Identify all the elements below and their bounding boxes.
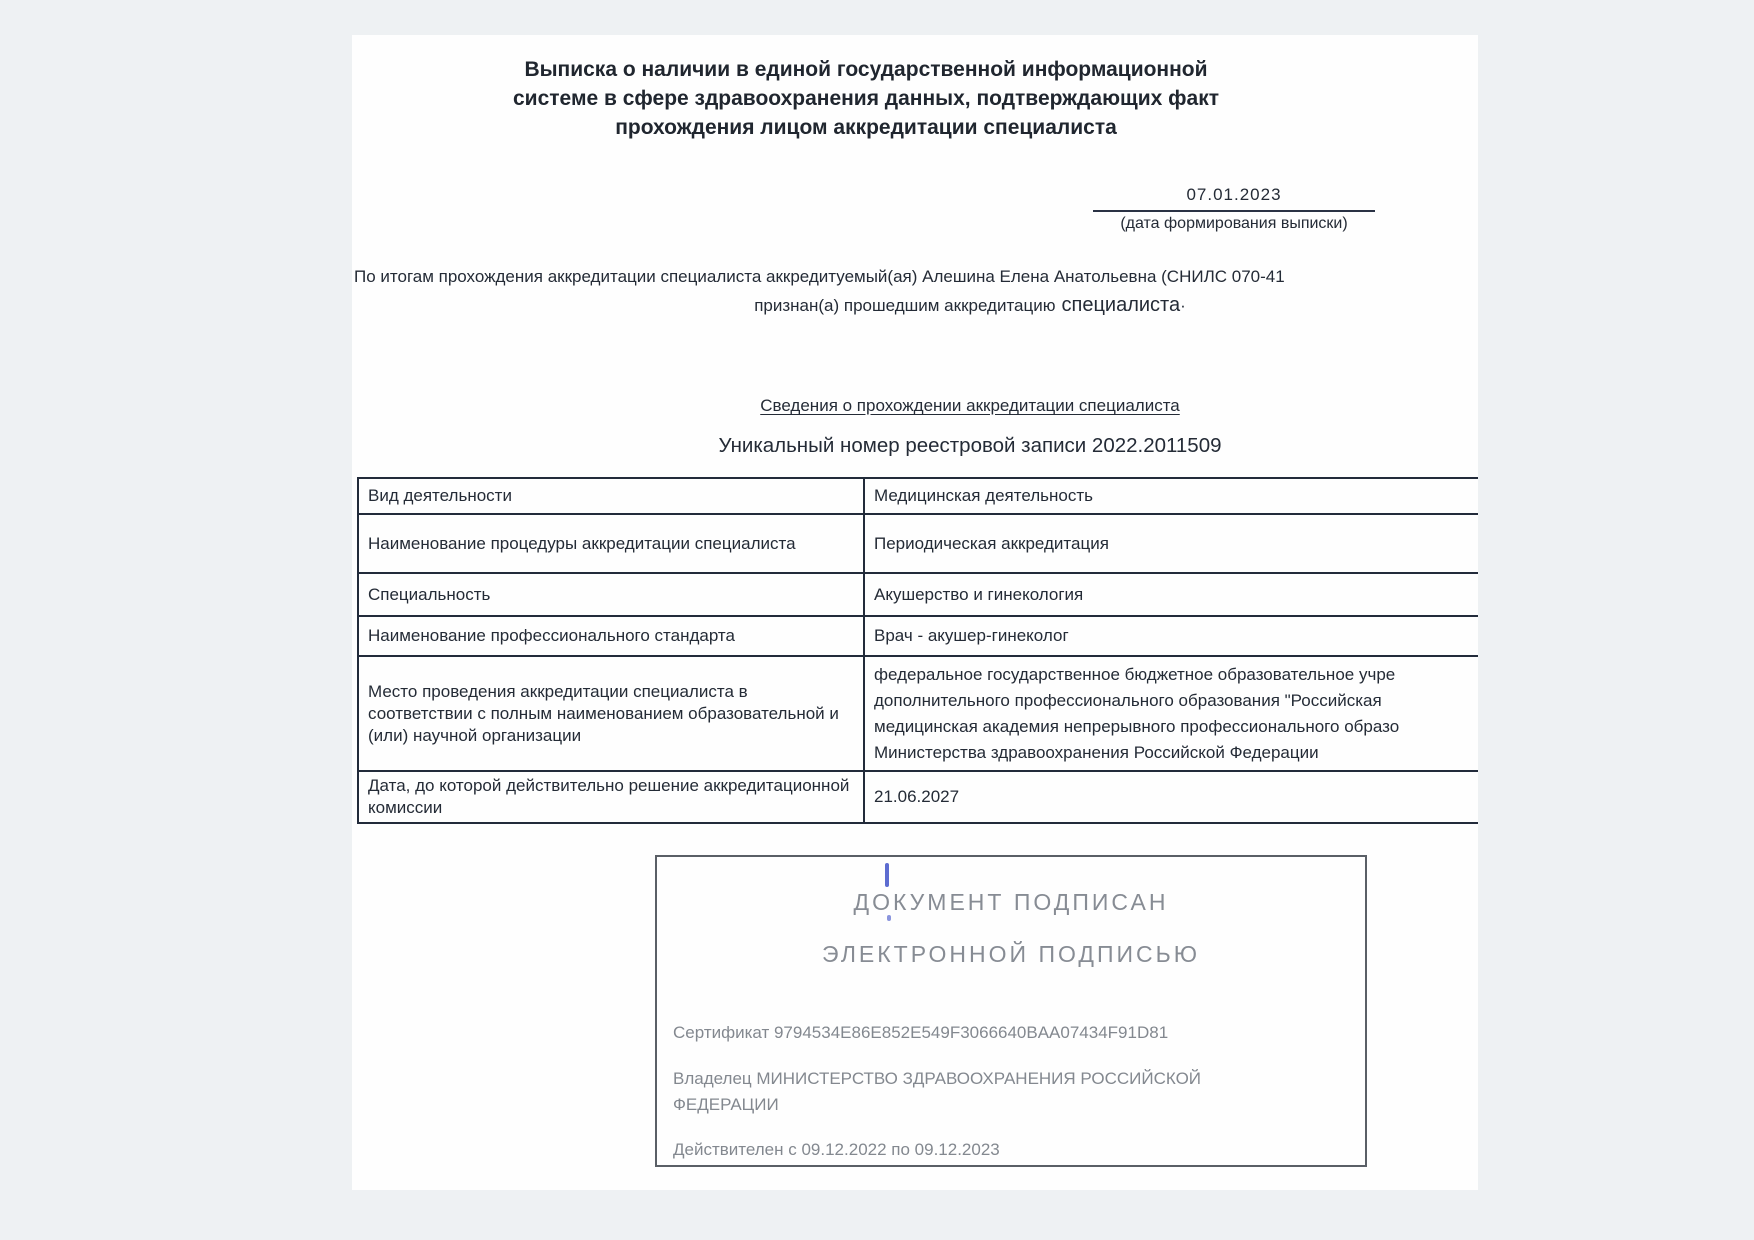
document-page: Выписка о наличии в единой государственн… bbox=[352, 35, 1478, 1190]
field-value-cell: 21.06.2027 bbox=[864, 771, 1478, 823]
field-label-cell: Дата, до которой действительно решение а… bbox=[358, 771, 864, 823]
table-row-place: Место проведения аккредитации специалист… bbox=[358, 656, 1478, 771]
table-row-standard: Наименование профессионального стандарта… bbox=[358, 616, 1478, 656]
place-line-1: федеральное государственное бюджетное об… bbox=[874, 662, 1478, 688]
field-value-cell: Врач - акушер-гинеколог bbox=[864, 616, 1478, 656]
signature-head-line-2: ЭЛЕКТРОННОЙ ПОДПИСЬЮ bbox=[657, 941, 1365, 968]
table-row-activity: Вид деятельности Медицинская деятельност… bbox=[358, 478, 1478, 514]
certificate-owner-line-1: Владелец МИНИСТЕРСТВО ЗДРАВООХРАНЕНИЯ РО… bbox=[673, 1069, 1201, 1089]
pen-mark-icon bbox=[885, 863, 889, 887]
field-label-cell: Специальность bbox=[358, 573, 864, 616]
place-line-2: дополнительного профессионального образо… bbox=[874, 688, 1478, 714]
place-line-4: Министерства здравоохранения Российской … bbox=[874, 740, 1478, 766]
extract-date-block: 07.01.2023 (дата формирования выписки) bbox=[1093, 185, 1375, 233]
document-title: Выписка о наличии в единой государственн… bbox=[352, 55, 1380, 142]
field-value-cell: Акушерство и гинекология bbox=[864, 573, 1478, 616]
field-value-cell: Периодическая аккредитация bbox=[864, 514, 1478, 573]
field-value-cell: Медицинская деятельность bbox=[864, 478, 1478, 514]
title-line-1: Выписка о наличии в единой государственн… bbox=[352, 55, 1380, 84]
signature-head-line-1: ДОКУМЕНТ ПОДПИСАН bbox=[657, 889, 1365, 916]
signature-stamp: ДОКУМЕНТ ПОДПИСАН ЭЛЕКТРОННОЙ ПОДПИСЬЮ С… bbox=[655, 855, 1367, 1167]
extract-date-caption: (дата формирования выписки) bbox=[1093, 215, 1375, 233]
certificate-number: Сертификат 9794534E86E852E549F3066640BAA… bbox=[673, 1023, 1168, 1043]
place-line-3: медицинская академия непрерывного профес… bbox=[874, 714, 1478, 740]
field-value-cell: федеральное государственное бюджетное об… bbox=[864, 656, 1478, 771]
registry-number-heading: Уникальный номер реестровой записи 2022.… bbox=[352, 434, 1478, 458]
field-label-cell: Место проведения аккредитации специалист… bbox=[358, 656, 864, 771]
field-label-cell: Вид деятельности bbox=[358, 478, 864, 514]
table-row-valid-until: Дата, до которой действительно решение а… bbox=[358, 771, 1478, 823]
accreditation-table: Вид деятельности Медицинская деятельност… bbox=[357, 477, 1478, 824]
intro-conclusion-emphasis: специалиста bbox=[1062, 294, 1181, 316]
section-heading: Сведения о прохождении аккредитации спец… bbox=[352, 396, 1478, 416]
certificate-owner-line-2: ФЕДЕРАЦИИ bbox=[673, 1095, 779, 1115]
title-line-2: системе в сфере здравоохранения данных, … bbox=[352, 84, 1380, 113]
intro-line: По итогам прохождения аккредитации специ… bbox=[354, 267, 1478, 287]
intro-conclusion-prefix: признан(а) прошедшим аккредитацию bbox=[754, 296, 1055, 315]
title-line-3: прохождения лицом аккредитации специалис… bbox=[352, 113, 1380, 142]
extract-date: 07.01.2023 bbox=[1093, 185, 1375, 212]
certificate-validity: Действителен с 09.12.2022 по 09.12.2023 bbox=[673, 1140, 1000, 1160]
table-row-procedure: Наименование процедуры аккредитации спец… bbox=[358, 514, 1478, 573]
intro-conclusion-dot: · bbox=[1180, 296, 1186, 315]
table-row-specialty: Специальность Акушерство и гинекология bbox=[358, 573, 1478, 616]
intro-conclusion: признан(а) прошедшим аккредитациюспециал… bbox=[352, 294, 1478, 317]
field-label-cell: Наименование профессионального стандарта bbox=[358, 616, 864, 656]
field-label-cell: Наименование процедуры аккредитации спец… bbox=[358, 514, 864, 573]
